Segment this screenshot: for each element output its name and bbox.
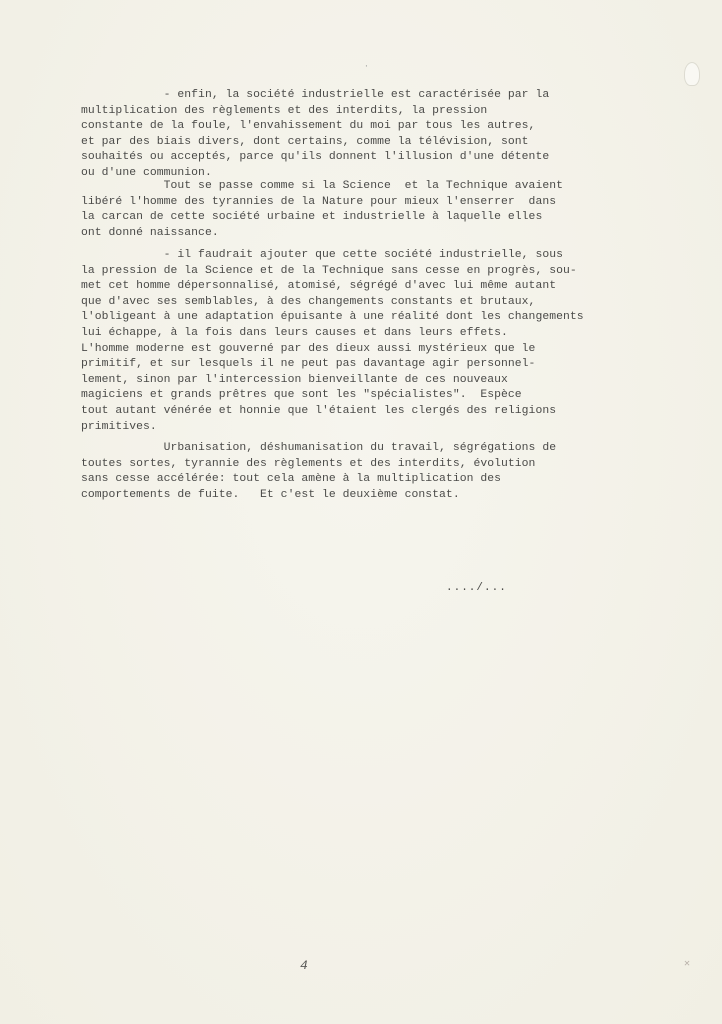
punch-mark: ·	[364, 62, 369, 71]
bottom-corner-mark: ✕	[684, 958, 690, 970]
continuation-mark: ..../...	[446, 582, 507, 594]
page-number: 4	[300, 958, 308, 973]
document-page: · - enfin, la société industrielle est c…	[0, 0, 722, 1024]
paragraph-tout-se-passe: Tout se passe comme si la Science et la …	[81, 179, 563, 241]
paragraph-enfin: - enfin, la société industrielle est car…	[81, 88, 549, 182]
corner-annotation-mark	[684, 62, 700, 86]
paragraph-il-faudrait: - il faudrait ajouter que cette société …	[81, 248, 584, 435]
paragraph-urbanisation: Urbanisation, déshumanisation du travail…	[81, 441, 556, 503]
